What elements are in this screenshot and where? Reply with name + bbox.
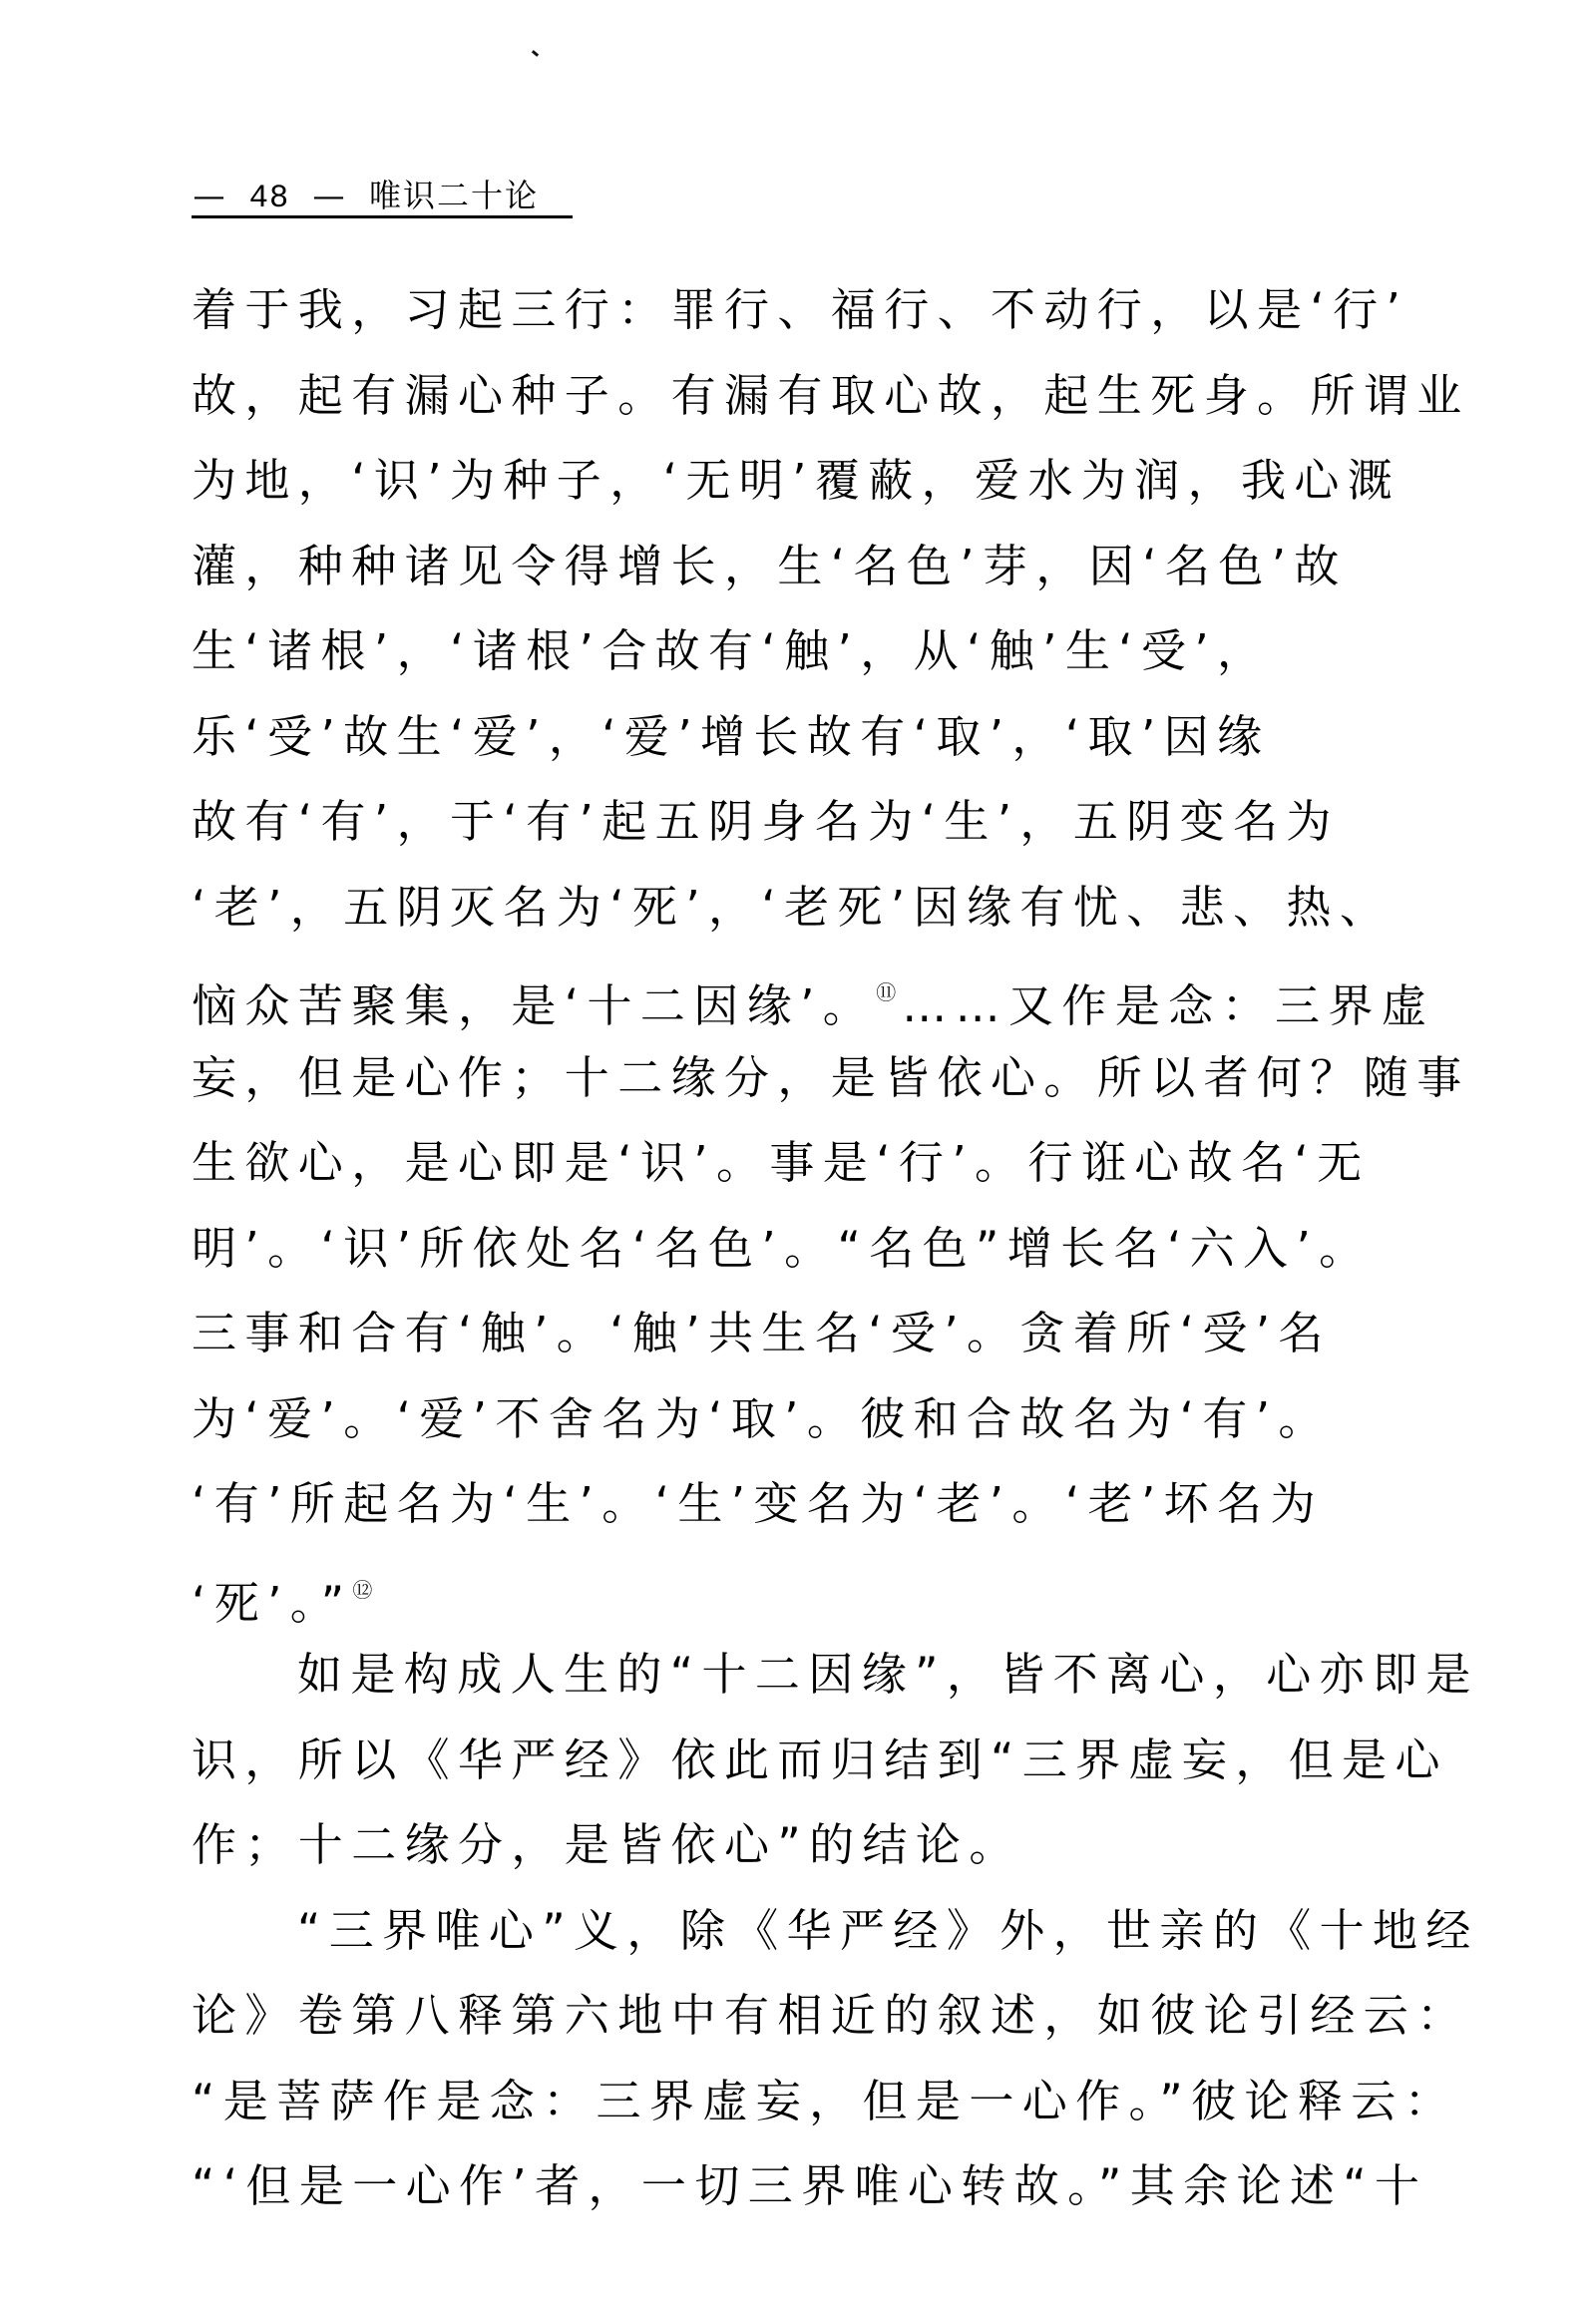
paragraph-start-line: “三界唯心”义，除《华严经》外，世亲的《十地经 <box>192 1902 1418 1988</box>
scan-artifact-mark <box>532 50 539 57</box>
book-title: 唯识二十论 <box>369 177 539 214</box>
text-segment: ……又作是念：三界虚 <box>902 979 1434 1032</box>
text-line: 识，所以《华严经》依此而归结到“三界虚妄，但是心 <box>192 1732 1418 1817</box>
text-segment: ‘死’。” <box>192 1577 352 1630</box>
header-dash-right: — <box>311 176 347 215</box>
footnote-marker-12: ⑫ <box>352 1578 372 1602</box>
text-line: 妄，但是心作；十二缘分，是皆依心。所以者何？随事 <box>192 1049 1418 1135</box>
text-line: 生‘诸根’，‘诸根’合故有‘触’，从‘触’生‘受’， <box>192 622 1418 708</box>
running-header: —48—唯识二十论 <box>192 176 573 218</box>
text-line: 生欲心，是心即是‘识’。事是‘行’。行诳心故名‘无 <box>192 1134 1418 1220</box>
text-line: 为‘爱’。‘爱’不舍名为‘取’。彼和合故名为‘有’。 <box>192 1390 1418 1476</box>
text-line: 灌，种种诸见令得增长，生‘名色’芽，因‘名色’故 <box>192 538 1418 623</box>
text-line: “是菩萨作是念：三界虚妄，但是一心作。”彼论释云： <box>192 2073 1418 2158</box>
text-line: 乐‘受’故生‘爱’，‘爱’增长故有‘取’，‘取’因缘 <box>192 708 1418 794</box>
text-line: 明’。‘识’所依处名‘名色’。“名色”增长名‘六入’。 <box>192 1220 1418 1306</box>
text-line: 论》卷第八释第六地中有相近的叙述，如彼论引经云： <box>192 1987 1418 2073</box>
text-line: 故有‘有’，于‘有’起五阴身名为‘生’，五阴变名为 <box>192 793 1418 879</box>
page-number: 48 <box>227 179 311 218</box>
text-line: ‘有’所起名为‘生’。‘生’变名为‘老’。‘老’坏名为 <box>192 1475 1418 1561</box>
text-line: 着于我，习起三行：罪行、福行、不动行，以是‘行’ <box>192 281 1418 367</box>
text-line: 为地，‘识’为种子，‘无明’覆蔽，爱水为润，我心溉 <box>192 452 1418 538</box>
text-line-with-footnote: ‘死’。”⑫ <box>192 1561 1418 1647</box>
text-line: 三事和合有‘触’。‘触’共生名‘受’。贪着所‘受’名 <box>192 1305 1418 1390</box>
text-line: ‘老’，五阴灭名为‘死’，‘老死’因缘有忧、悲、热、 <box>192 879 1418 964</box>
text-segment: 恼众苦聚集，是‘十二因缘’。 <box>192 979 876 1032</box>
text-line-with-footnote: 恼众苦聚集，是‘十二因缘’。⑪……又作是念：三界虚 <box>192 963 1418 1049</box>
body-text: 着于我，习起三行：罪行、福行、不动行，以是‘行’ 故，起有漏心种子。有漏有取心故… <box>192 281 1418 2243</box>
footnote-marker-11: ⑪ <box>876 980 896 1004</box>
text-line: 故，起有漏心种子。有漏有取心故，起生死身。所谓业 <box>192 367 1418 453</box>
text-line: “‘但是一心作’者，一切三界唯心转故。”其余论述“十 <box>192 2157 1418 2243</box>
text-line: 作；十二缘分，是皆依心”的结论。 <box>192 1816 1418 1902</box>
paragraph-start-line: 如是构成人生的“十二因缘”，皆不离心，心亦即是 <box>192 1646 1418 1732</box>
header-dash-left: — <box>192 176 227 215</box>
